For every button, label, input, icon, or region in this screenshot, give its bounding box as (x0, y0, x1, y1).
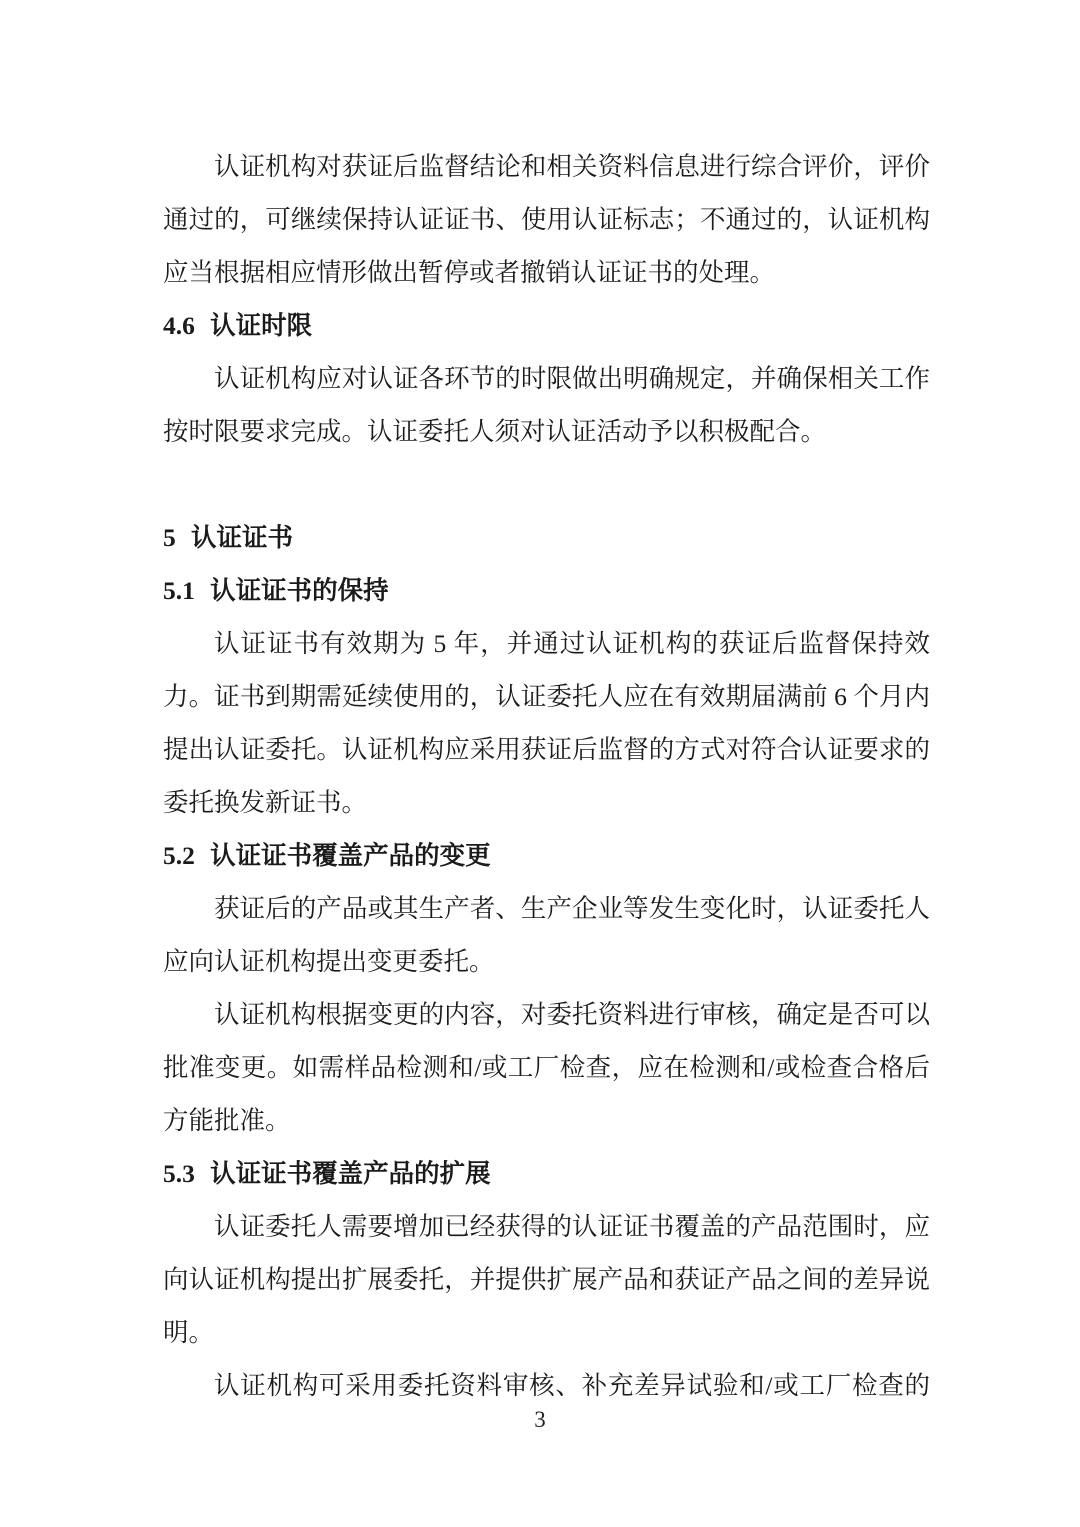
heading-title: 认证证书覆盖产品的扩展 (210, 1159, 491, 1188)
text-line: 批准变更。如需样品检测和/或工厂检查，应在检测和/或检查合格后 (163, 1041, 930, 1094)
text-line: 明。 (163, 1306, 930, 1359)
text-line: 提出认证委托。认证机构应采用获证后监督的方式对符合认证要求的 (163, 723, 930, 776)
text-line: 应向认证机构提出变更委托。 (163, 935, 930, 988)
text-line: 通过的，可继续保持认证证书、使用认证标志；不通过的，认证机构 (163, 193, 930, 246)
heading-title: 认证证书覆盖产品的变更 (210, 841, 491, 870)
heading-number: 5 (163, 523, 176, 552)
paragraph: 认证机构应对认证各环节的时限做出明确规定，并确保相关工作按时限要求完成。认证委托… (163, 352, 930, 458)
text-line: 获证后的产品或其生产者、生产企业等发生变化时，认证委托人 (163, 882, 930, 935)
text-line: 认证机构对获证后监督结论和相关资料信息进行综合评价，评价 (163, 140, 930, 193)
text-line: 认证委托人需要增加已经获得的认证证书覆盖的产品范围时，应 (163, 1200, 930, 1253)
paragraph: 认证机构根据变更的内容，对委托资料进行审核，确定是否可以批准变更。如需样品检测和… (163, 988, 930, 1147)
heading-number: 5.3 (163, 1159, 195, 1188)
text-line: 方能批准。 (163, 1094, 930, 1147)
paragraph: 认证机构可采用委托资料审核、补充差异试验和/或工厂检查的 (163, 1359, 930, 1412)
section-heading-5: 5认证证书 (163, 511, 930, 564)
heading-number: 4.6 (163, 311, 195, 340)
heading-number: 5.2 (163, 841, 195, 870)
text-line: 向认证机构提出扩展委托，并提供扩展产品和获证产品之间的差异说 (163, 1253, 930, 1306)
text-line: 认证机构可采用委托资料审核、补充差异试验和/或工厂检查的 (163, 1359, 930, 1412)
section-heading-5-1: 5.1认证证书的保持 (163, 564, 930, 617)
paragraph: 认证委托人需要增加已经获得的认证证书覆盖的产品范围时，应向认证机构提出扩展委托，… (163, 1200, 930, 1359)
text-line: 委托换发新证书。 (163, 776, 930, 829)
text-line: 认证证书有效期为 5 年，并通过认证机构的获证后监督保持效 (163, 617, 930, 670)
section-gap (163, 458, 930, 511)
page-number: 3 (0, 1406, 1080, 1434)
text-line: 认证机构应对认证各环节的时限做出明确规定，并确保相关工作 (163, 352, 930, 405)
section-heading-5-2: 5.2认证证书覆盖产品的变更 (163, 829, 930, 882)
text-line: 认证机构根据变更的内容，对委托资料进行审核，确定是否可以 (163, 988, 930, 1041)
section-heading-4-6: 4.6认证时限 (163, 299, 930, 352)
heading-title: 认证证书 (191, 523, 293, 552)
heading-number: 5.1 (163, 576, 195, 605)
heading-title: 认证证书的保持 (210, 576, 389, 605)
section-heading-5-3: 5.3认证证书覆盖产品的扩展 (163, 1147, 930, 1200)
text-line: 按时限要求完成。认证委托人须对认证活动予以积极配合。 (163, 405, 930, 458)
text-line: 力。证书到期需延续使用的，认证委托人应在有效期届满前 6 个月内 (163, 670, 930, 723)
document-page: 认证机构对获证后监督结论和相关资料信息进行综合评价，评价通过的，可继续保持认证证… (0, 0, 1080, 1527)
heading-title: 认证时限 (210, 311, 312, 340)
paragraph: 认证机构对获证后监督结论和相关资料信息进行综合评价，评价通过的，可继续保持认证证… (163, 140, 930, 299)
document-body: 认证机构对获证后监督结论和相关资料信息进行综合评价，评价通过的，可继续保持认证证… (163, 140, 930, 1412)
paragraph: 认证证书有效期为 5 年，并通过认证机构的获证后监督保持效力。证书到期需延续使用… (163, 617, 930, 829)
paragraph: 获证后的产品或其生产者、生产企业等发生变化时，认证委托人应向认证机构提出变更委托… (163, 882, 930, 988)
text-line: 应当根据相应情形做出暂停或者撤销认证证书的处理。 (163, 246, 930, 299)
